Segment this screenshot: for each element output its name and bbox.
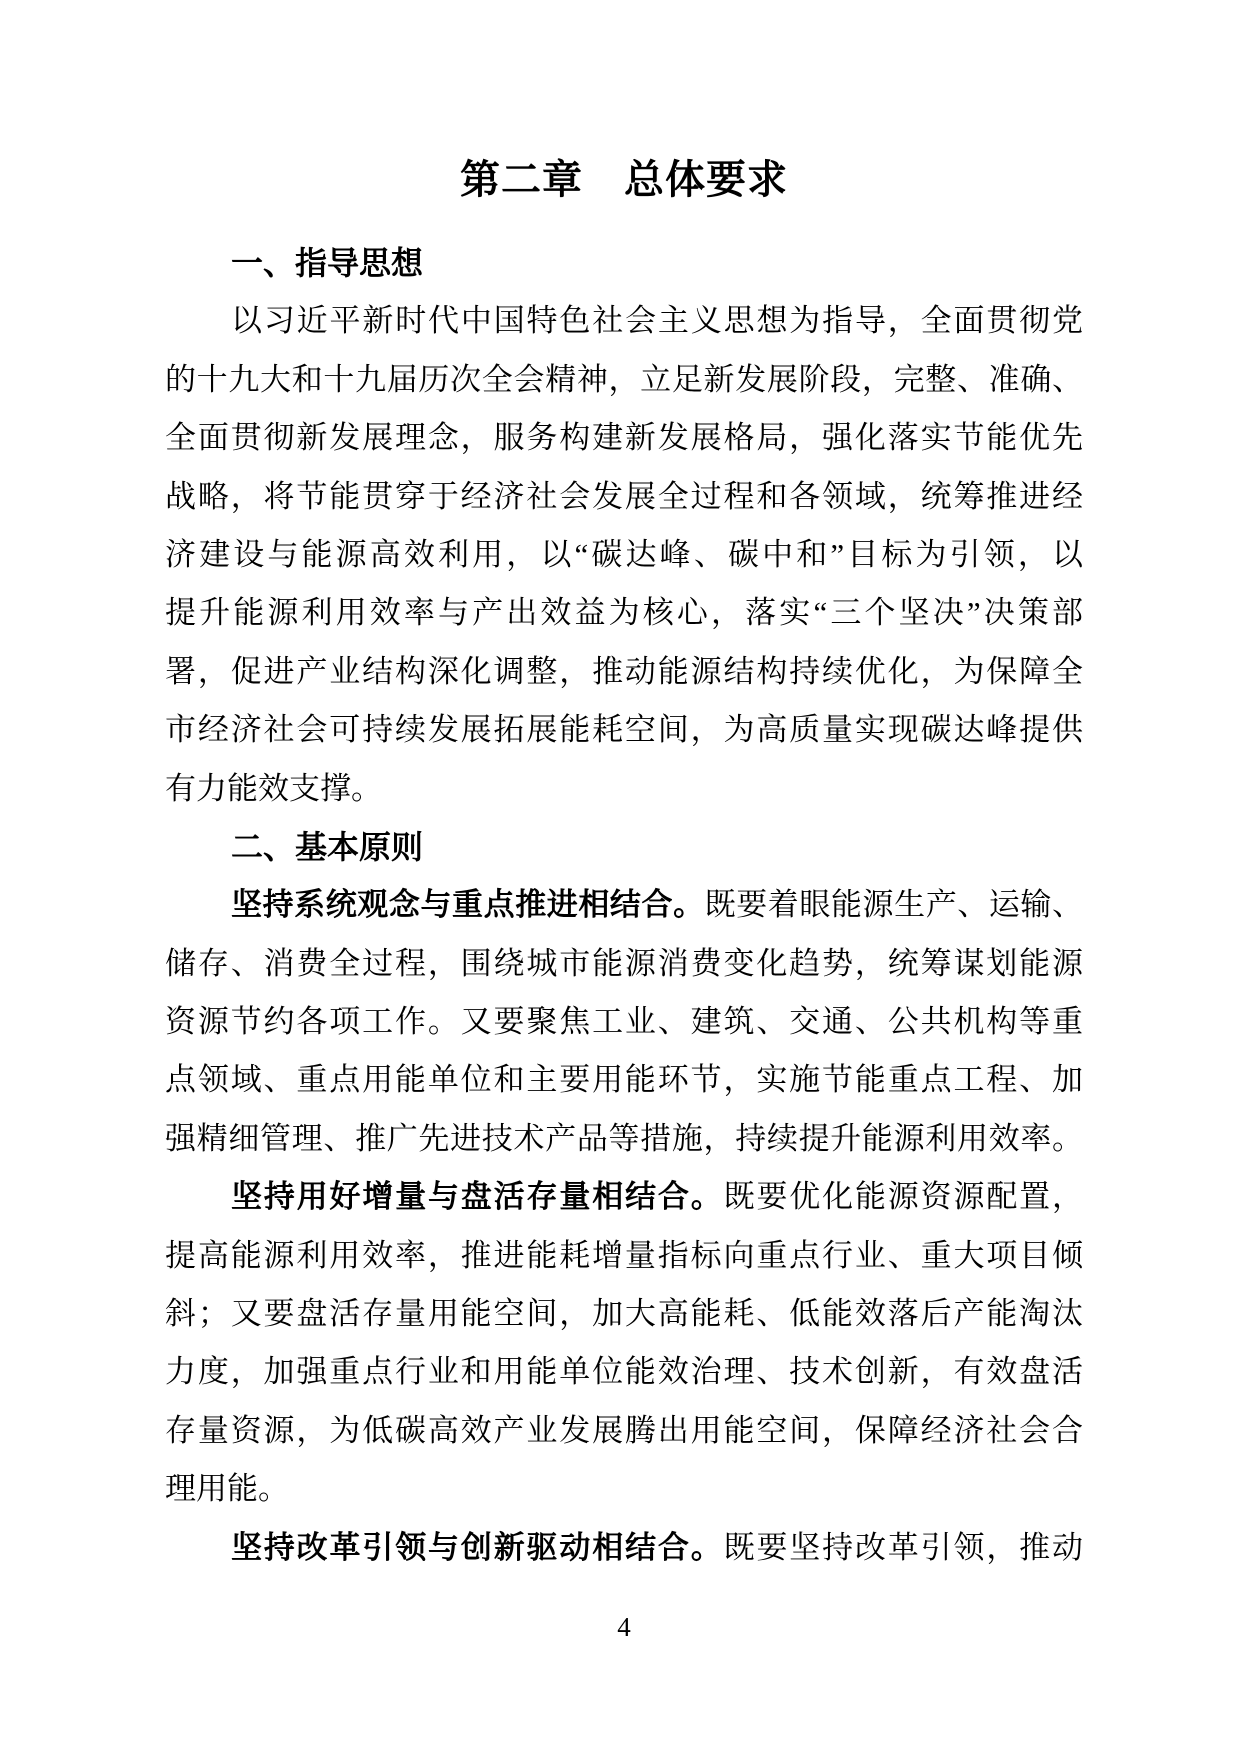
text-line: 斜；又要盘活存量用能空间，加大高能耗、低能效落后产能淘汰 (165, 1285, 1083, 1343)
text-line: 全面贯彻新发展理念，服务构建新发展格局，强化落实节能优先 (165, 409, 1083, 467)
text-line: 储存、消费全过程，围绕城市能源消费变化趋势，统筹谋划能源 (165, 935, 1083, 993)
text-line: 坚持系统观念与重点推进相结合。既要着眼能源生产、运输、 (165, 876, 1083, 934)
text-line: 强精细管理、推广先进技术产品等措施，持续提升能源利用效率。 (165, 1110, 1083, 1168)
text-line: 济建设与能源高效利用，以“碳达峰、碳中和”目标为引领，以 (165, 526, 1083, 584)
bold-lead-text: 坚持系统观念与重点推进相结合。 (231, 887, 705, 922)
text-line: 战略，将节能贯穿于经济社会发展全过程和各领域，统筹推进经 (165, 468, 1083, 526)
line-text: 既要着眼能源生产、运输、 (705, 887, 1083, 922)
text-line: 提升能源利用效率与产出效益为核心，落实“三个坚决”决策部 (165, 584, 1083, 642)
page-number: 4 (165, 1612, 1083, 1642)
text-line: 署，促进产业结构深化调整，推动能源结构持续优化，为保障全 (165, 643, 1083, 701)
text-line: 以习近平新时代中国特色社会主义思想为指导，全面贯彻党 (165, 292, 1083, 350)
text-line: 提高能源利用效率，推进能耗增量指标向重点行业、重大项目倾 (165, 1227, 1083, 1285)
text-line: 理用能。 (165, 1460, 1083, 1518)
text-line: 存量资源，为低碳高效产业发展腾出用能空间，保障经济社会合 (165, 1402, 1083, 1460)
document-page: 第二章 总体要求 一、指导思想 以习近平新时代中国特色社会主义思想为指导，全面贯… (0, 0, 1240, 1754)
text-line: 坚持改革引领与创新驱动相结合。既要坚持改革引领，推动 (165, 1519, 1083, 1577)
line-text: 既要优化能源资源配置， (724, 1179, 1083, 1214)
section-heading-1: 一、指导思想 (165, 234, 1083, 292)
text-line: 市经济社会可持续发展拓展能耗空间，为高质量实现碳达峰提供 (165, 701, 1083, 759)
line-text: 既要坚持改革引领，推动 (724, 1530, 1083, 1565)
text-line: 力度，加强重点行业和用能单位能效治理、技术创新，有效盘活 (165, 1343, 1083, 1401)
text-line: 资源节约各项工作。又要聚焦工业、建筑、交通、公共机构等重 (165, 993, 1083, 1051)
text-line: 点领域、重点用能单位和主要用能环节，实施节能重点工程、加 (165, 1051, 1083, 1109)
section-heading-2: 二、基本原则 (165, 818, 1083, 876)
text-line: 的十九大和十九届历次全会精神，立足新发展阶段，完整、准确、 (165, 351, 1083, 409)
chapter-title: 第二章 总体要求 (165, 148, 1083, 212)
bold-lead-text: 坚持用好增量与盘活存量相结合。 (231, 1179, 724, 1214)
bold-lead-text: 坚持改革引领与创新驱动相结合。 (231, 1530, 724, 1565)
text-line: 坚持用好增量与盘活存量相结合。既要优化能源资源配置， (165, 1168, 1083, 1226)
document-content: 第二章 总体要求 一、指导思想 以习近平新时代中国特色社会主义思想为指导，全面贯… (165, 148, 1083, 1577)
text-line: 有力能效支撑。 (165, 760, 1083, 818)
